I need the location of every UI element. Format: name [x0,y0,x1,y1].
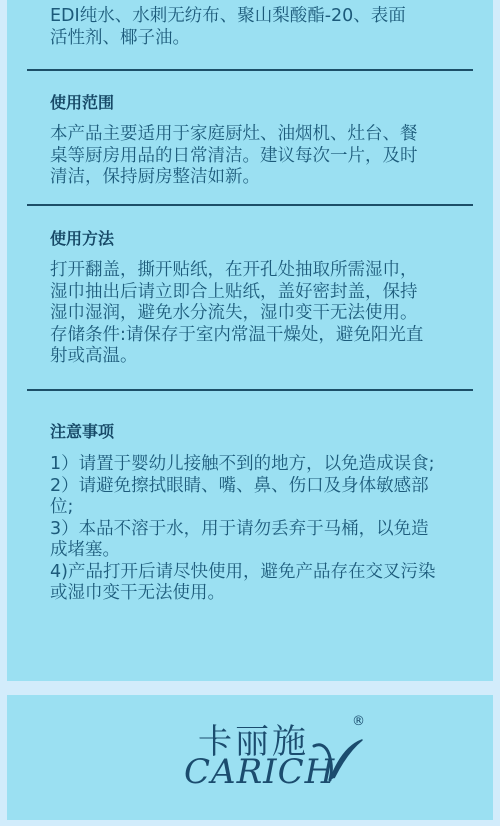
precaution-line: 2）请避免擦拭眼睛、嘴、鼻、伤口及身体敏感部 [50,476,480,498]
usage-method-line: 打开翻盖，撕开贴纸，在开孔处抽取所需湿巾， [50,260,470,282]
precaution-line: 4)产品打开后请尽快使用，避免产品存在交叉污染 [50,562,480,584]
usage-scope-heading: 使用范围 [50,93,114,113]
ingredients-text: EDI纯水、水刺无纺布、聚山梨酸酯-20、表面 活性剂、椰子油。 [50,6,470,49]
usage-method-text: 打开翻盖，撕开贴纸，在开孔处抽取所需湿巾， 湿巾抽出后请立即合上贴纸，盖好密封盖… [50,260,470,368]
precautions-text: 1）请置于婴幼儿接触不到的地方，以免造成误食; 2）请避免擦拭眼睛、嘴、鼻、伤口… [50,454,480,605]
precaution-line: 成堵塞。 [50,540,480,562]
swoosh-icon [310,732,370,792]
ingredients-line: EDI纯水、水刺无纺布、聚山梨酸酯-20、表面 [50,6,470,28]
precaution-line: 或湿巾变干无法使用。 [50,583,480,605]
section-divider [27,69,473,71]
ingredients-line: 活性剂、椰子油。 [50,28,470,50]
brand-logo: 卡丽施 CARICH ® [180,712,380,812]
usage-method-line: 湿巾抽出后请立即合上贴纸，盖好密封盖，保持 [50,282,470,304]
usage-method-line: 射或高温。 [50,346,470,368]
usage-method-line: 湿巾湿润，避免水分流失，湿巾变干无法使用。 [50,303,470,325]
usage-scope-line: 清洁，保持厨房整洁如新。 [50,167,470,189]
precautions-heading: 注意事项 [50,422,114,442]
registered-mark: ® [352,714,365,729]
usage-method-line: 存储条件:请保存于室内常温干燥处，避免阳光直 [50,325,470,347]
section-divider [27,204,473,206]
precaution-line: 1）请置于婴幼儿接触不到的地方，以免造成误食; [50,454,480,476]
usage-scope-line: 本产品主要适用于家庭厨灶、油烟机、灶台、餐 [50,124,470,146]
usage-scope-text: 本产品主要适用于家庭厨灶、油烟机、灶台、餐 桌等厨房用品的日常清洁。建议每次一片… [50,124,470,189]
usage-method-heading: 使用方法 [50,229,114,249]
precaution-line: 位; [50,497,480,519]
precaution-line: 3）本品不溶于水，用于请勿丢弃于马桶，以免造 [50,519,480,541]
usage-scope-line: 桌等厨房用品的日常清洁。建议每次一片，及时 [50,146,470,168]
section-divider [27,389,473,391]
